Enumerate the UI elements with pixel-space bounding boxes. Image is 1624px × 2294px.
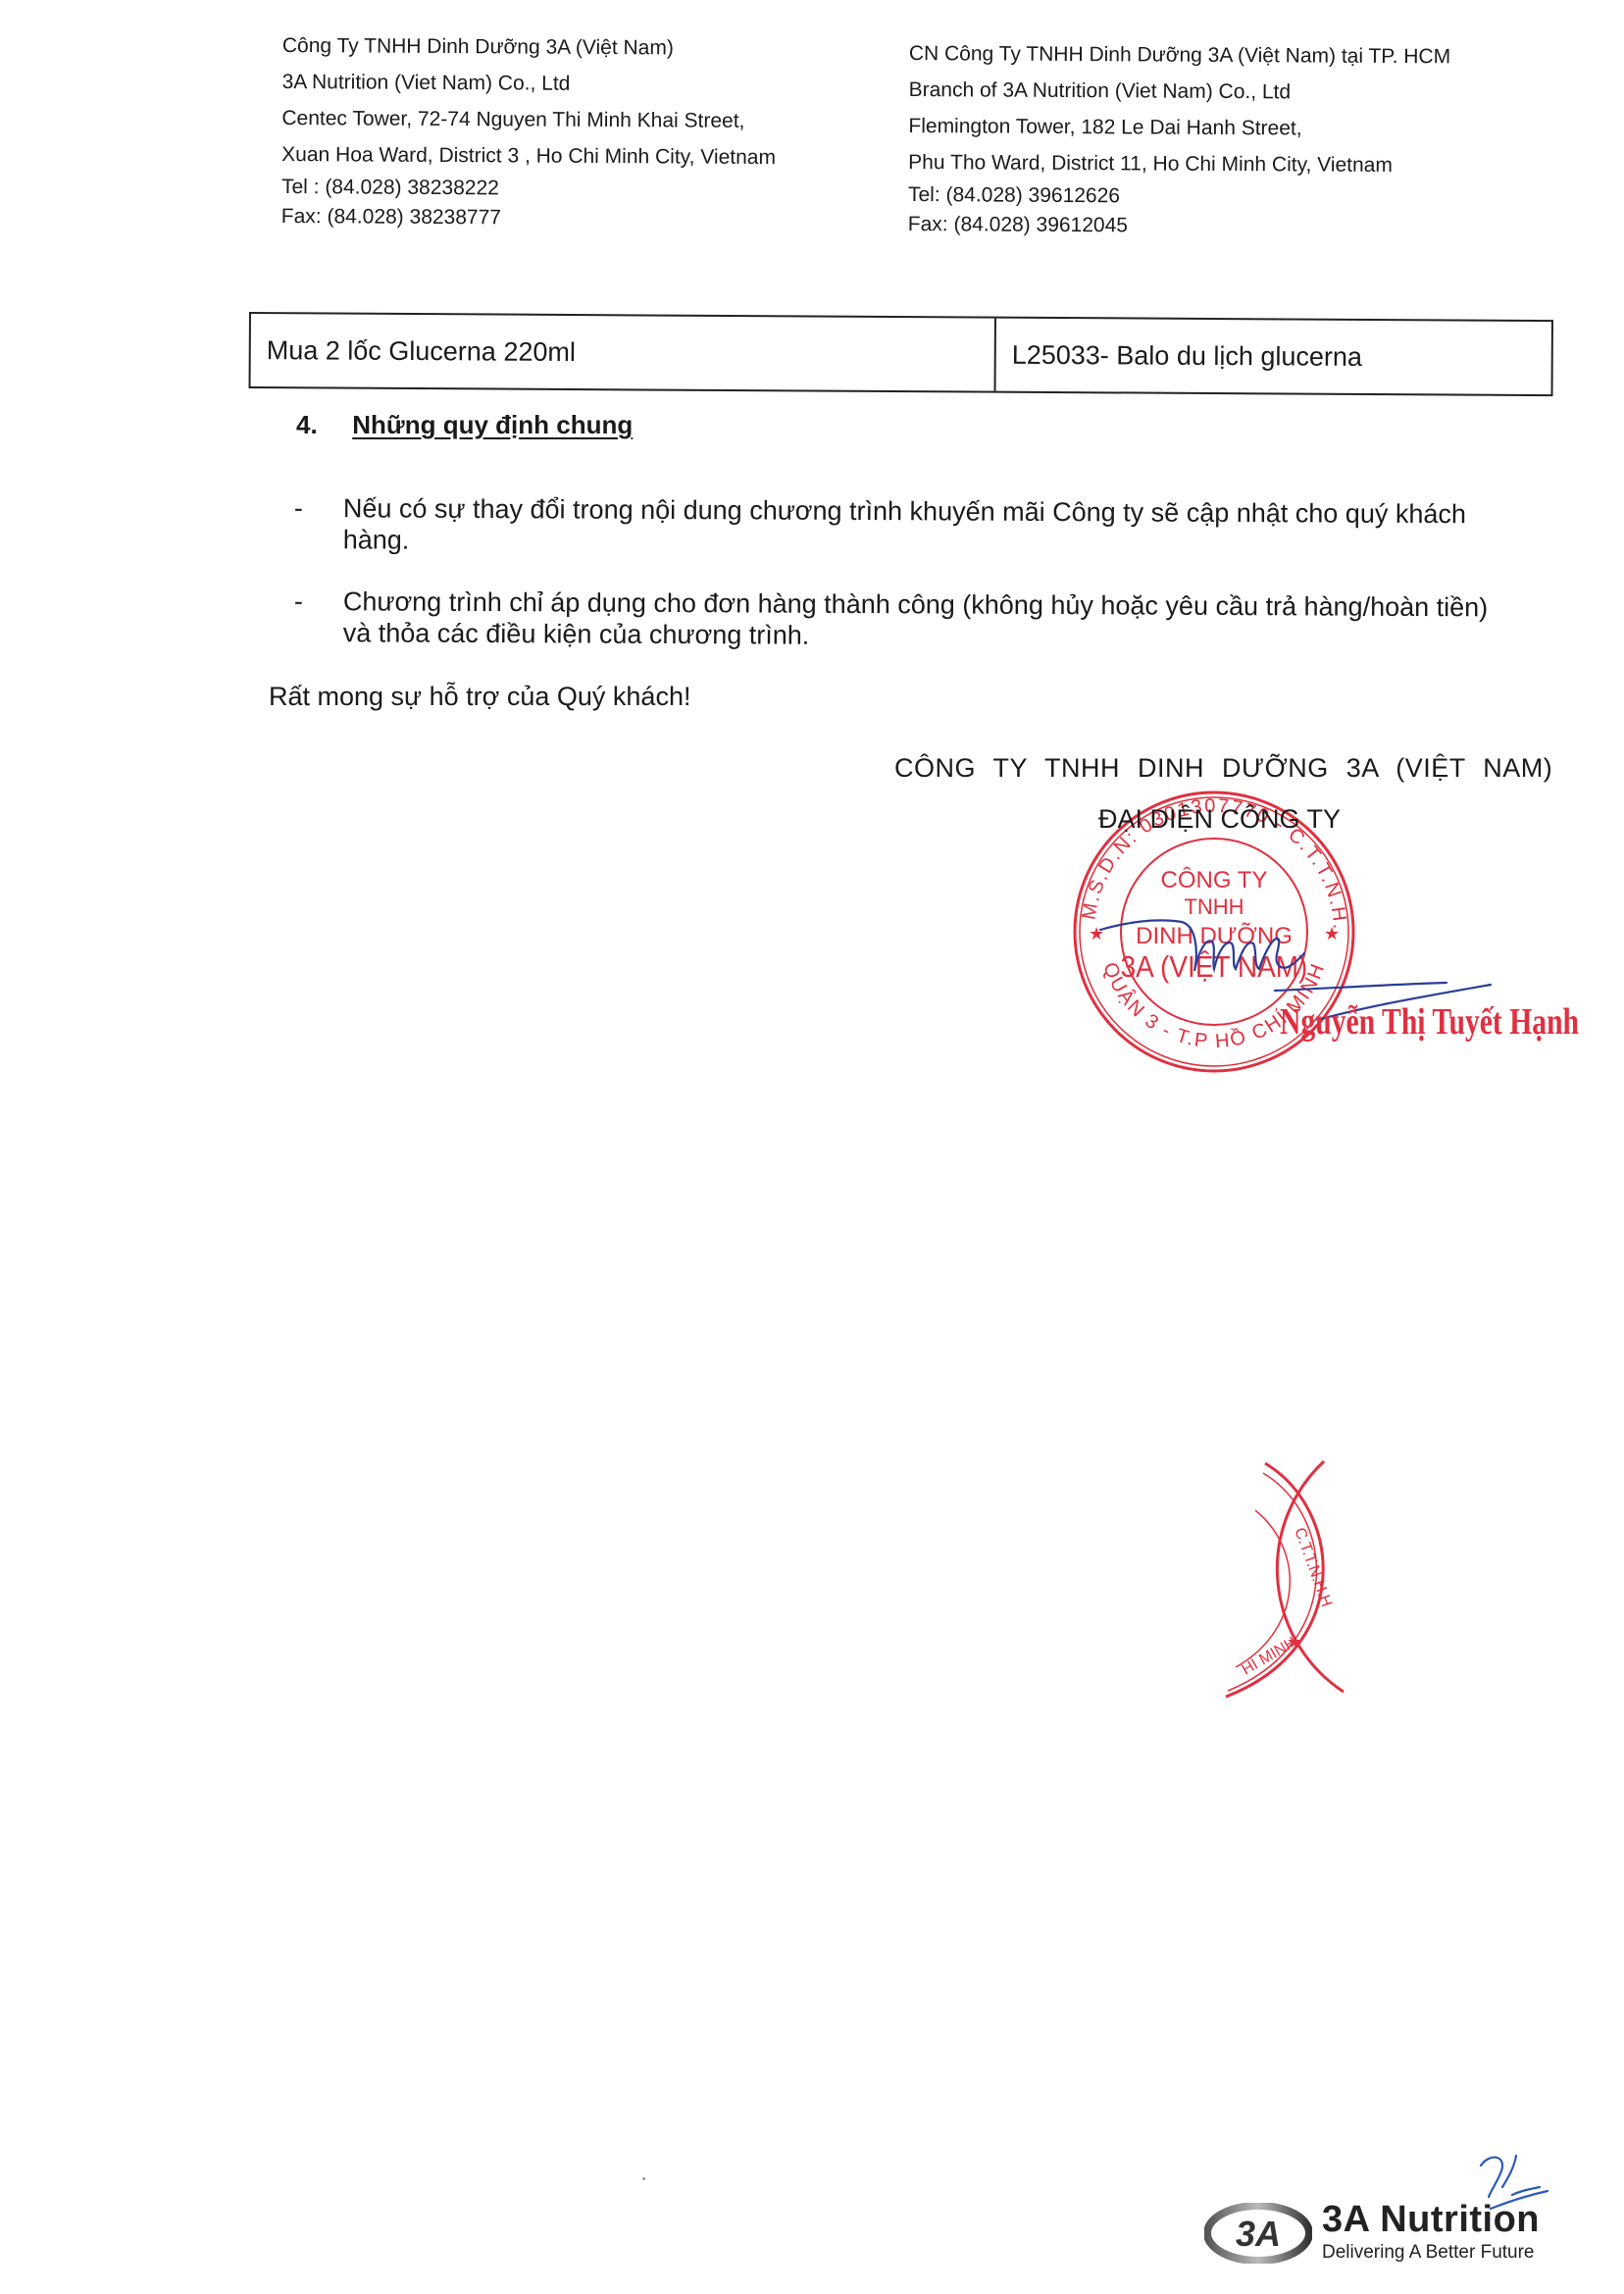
telephone: Tel : (84.028) 38238222 [281, 173, 776, 205]
ward-city: Xuan Hoa Ward, District 3 , Ho Chi Minh … [281, 136, 776, 176]
branch-ward-city: Phu Tho Ward, District 11, Ho Chi Minh C… [908, 144, 1449, 183]
list-item: - Chương trình chỉ áp dụng cho đơn hàng … [294, 586, 1530, 671]
svg-text:C.T.T.N.H.H: C.T.T.N.H.H [1291, 1526, 1335, 1609]
gift-item-cell: L25033- Balo du lịch glucerna [996, 319, 1551, 394]
list-item: - Nếu có sự thay đổi trong nội dung chươ… [294, 492, 1530, 578]
section-heading: 4. Những quy định chung [296, 410, 633, 440]
street-address: Centec Tower, 72-74 Nguyen Thi Minh Khai… [281, 100, 776, 139]
branch-address: CN Công Ty TNHH Dinh Dưỡng 3A (Việt Nam)… [908, 35, 1450, 242]
bullet-dash: - [294, 586, 324, 617]
branch-telephone: Tel: (84.028) 39612626 [908, 180, 1449, 213]
branch-name-vi: CN Công Ty TNHH Dinh Dưỡng 3A (Việt Nam)… [909, 35, 1450, 75]
signatory-role: ĐẠI DIỆN CÔNG TY [1098, 804, 1341, 835]
purchase-condition-cell: Mua 2 lốc Glucerna 220ml [251, 314, 996, 391]
fax: Fax: (84.028) 38238777 [281, 202, 776, 234]
gift-table-row: Mua 2 lốc Glucerna 220ml L25033- Balo du… [249, 312, 1553, 396]
scan-speck [642, 2177, 645, 2180]
company-name-en: 3A Nutrition (Viet Nam) Co., Ltd [282, 64, 777, 103]
section-title: Những quy định chung [352, 410, 633, 439]
head-office-address: Công Ty TNHH Dinh Dưỡng 3A (Việt Nam) 3A… [281, 27, 777, 234]
svg-text:★: ★ [1287, 1632, 1302, 1652]
bullet-dash: - [294, 492, 324, 524]
signer-name: Nguyễn Thị Tuyết Hạnh [1280, 1000, 1579, 1044]
branch-name-en: Branch of 3A Nutrition (Viet Nam) Co., L… [909, 72, 1450, 111]
section-number: 4. [296, 410, 345, 440]
3a-logo-mark-icon: 3A [1204, 2203, 1312, 2264]
bullet-text: Nếu có sự thay đổi trong nội dung chương… [343, 492, 1520, 561]
svg-text:3A: 3A [1236, 2214, 1281, 2254]
branch-fax: Fax: (84.028) 39612045 [908, 210, 1449, 242]
bullet-text: Chương trình chỉ áp dụng cho đơn hàng th… [343, 586, 1520, 654]
company-name-vi: Công Ty TNHH Dinh Dưỡng 3A (Việt Nam) [282, 27, 777, 67]
initials-icon [1461, 2148, 1549, 2217]
branch-street-address: Flemington Tower, 182 Le Dai Hanh Street… [908, 108, 1449, 147]
handwritten-signature-icon [1089, 883, 1500, 1020]
partial-seal-icon: C.T.T.N.H.H HÍ MINH ★ [1206, 1452, 1363, 1707]
closing-remark: Rất mong sự hỗ trợ của Quý khách! [269, 682, 690, 712]
signatory-company: CÔNG TY TNHH DINH DƯỠNG 3A (VIỆT NAM) [894, 753, 1552, 784]
brand-tagline: Delivering A Better Future [1322, 2242, 1535, 2264]
